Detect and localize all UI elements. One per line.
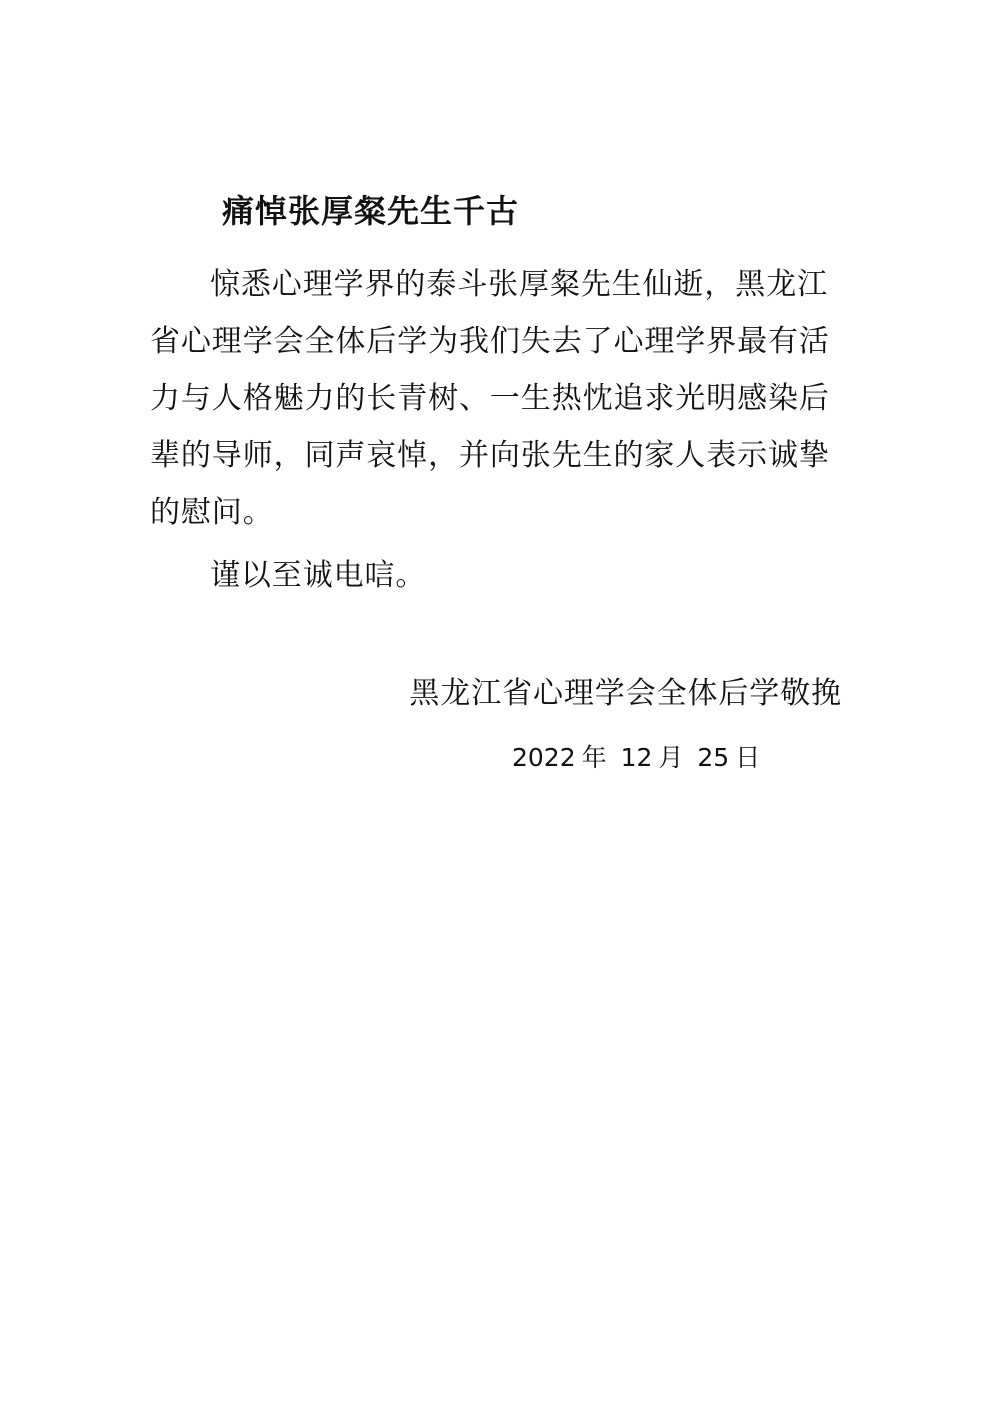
- document-date: 2022年 12月 25日: [512, 738, 766, 778]
- date-month: 12: [621, 743, 653, 772]
- date-year-unit: 年: [582, 743, 607, 772]
- document-page: 痛悼张厚粲先生千古 惊悉心理学界的泰斗张厚粲先生仙逝，黑龙江省心理学会全体后学为…: [0, 0, 992, 1403]
- date-day: 25: [697, 743, 729, 772]
- condolence-paragraph: 惊悉心理学界的泰斗张厚粲先生仙逝，黑龙江省心理学会全体后学为我们失去了心理学界最…: [150, 256, 850, 541]
- closing-paragraph: 谨以至诚电唁。: [150, 547, 850, 604]
- date-month-unit: 月: [658, 743, 683, 772]
- date-day-unit: 日: [735, 743, 760, 772]
- document-body: 惊悉心理学界的泰斗张厚粲先生仙逝，黑龙江省心理学会全体后学为我们失去了心理学界最…: [150, 256, 850, 604]
- signature: 黑龙江省心理学会全体后学敬挽: [409, 672, 842, 716]
- date-year: 2022: [512, 743, 576, 772]
- document-title: 痛悼张厚粲先生千古: [222, 189, 519, 233]
